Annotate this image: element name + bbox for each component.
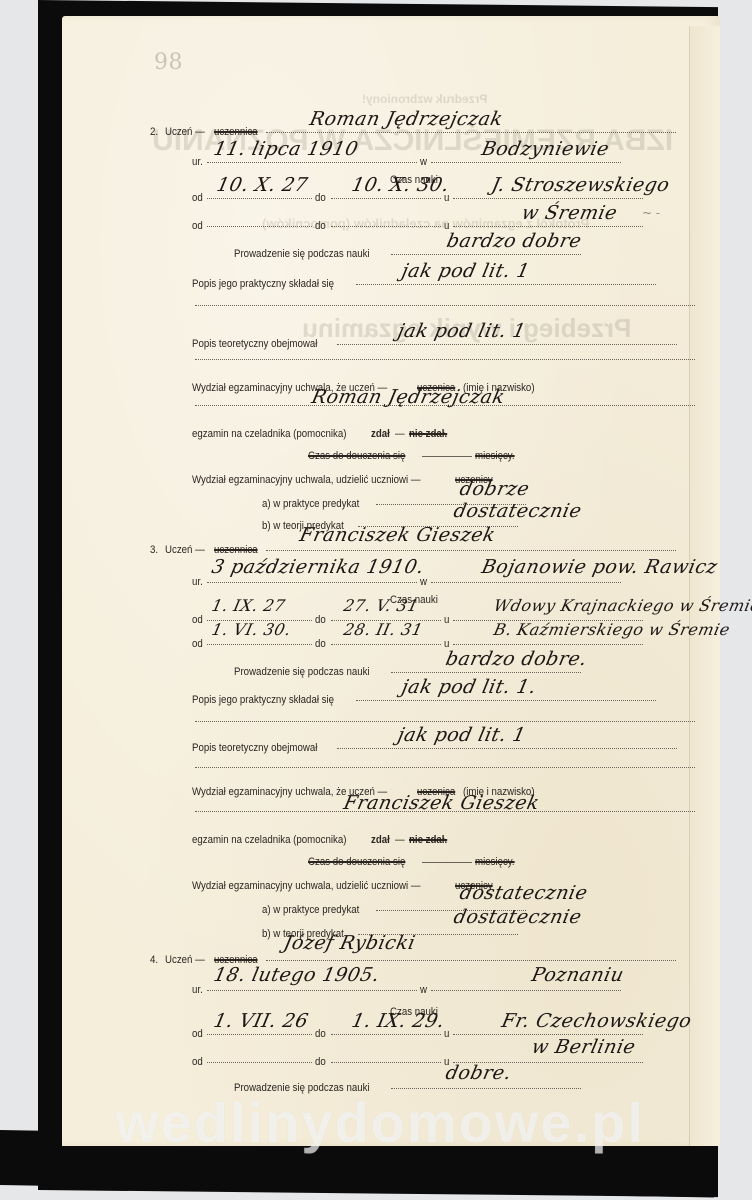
birth-date: 11. lipca 1910 (212, 138, 361, 160)
birth-date: 3 października 1910. (210, 556, 426, 578)
label-months: miesięcy. (475, 856, 515, 868)
label-from: od (192, 638, 203, 650)
label-from: od (192, 614, 203, 626)
label-extra-time: Czas do douczenia się (308, 450, 405, 462)
theoretical: jak pod lit. 1 (396, 724, 528, 746)
label-passed: zdał (371, 834, 390, 846)
label-months: miesięcy. (475, 450, 515, 462)
period-from: 1. IX. 27 (210, 596, 287, 615)
period-from: 10. X. 27 (215, 174, 310, 196)
period-at: Fr. Czechowskiego (500, 1010, 694, 1032)
label-to: do (315, 1028, 326, 1040)
conduct: bardzo dobre. (444, 648, 590, 670)
label-practical: Popis jego praktyczny składał się (192, 278, 334, 290)
label-committee-grants: Wydział egzaminacyjny uchwala, udzielić … (192, 880, 421, 892)
grade-theory: dostatecznie (452, 906, 584, 928)
label-uczen: Uczeń — (165, 544, 205, 556)
period-to: 10. X. 30. (350, 174, 452, 196)
label-exam: egzamin na czeladnika (pomocnika) (192, 834, 346, 846)
period-at-2: B. Kaźmierskiego w Śremie (492, 620, 732, 639)
birth-date: 18. lutego 1905. (212, 964, 382, 986)
label-theoretical: Popis teoretyczny obejmował (192, 742, 317, 754)
period-at-2: w Śremie (520, 202, 620, 224)
label-in: w (420, 984, 427, 996)
conduct: dobre. (444, 1062, 514, 1084)
watermark: wedlinydomowe.pl (40, 1090, 720, 1155)
label-conduct: Prowadzenie się podczas nauki (234, 666, 370, 678)
student-name: Franciszek Gieszek (298, 524, 498, 546)
birth-place: Poznaniu (530, 964, 626, 986)
period-to: 1. IX. 29. (350, 1010, 447, 1032)
period-from: 1. VII. 26 (212, 1010, 311, 1032)
label-dash: — (395, 834, 405, 846)
student-name: Józef Rybicki (282, 932, 418, 954)
grade-practice: dobrze (458, 478, 532, 500)
exam-form: 98 2. Uczeń — uczennica Roman Jędrzejcza… (62, 16, 720, 1146)
label-born: ur. (192, 156, 203, 168)
label-from: od (192, 1056, 203, 1068)
label-to: do (315, 638, 326, 650)
practical: jak pod lit. 1. (400, 676, 539, 698)
label-at: u (444, 1028, 449, 1040)
page-number: 98 (154, 50, 183, 75)
label-at: u (444, 614, 449, 626)
label-to: do (315, 614, 326, 626)
birth-place: Bojanowie pow. Rawicz (480, 556, 720, 578)
label-practical: Popis jego praktyczny składał się (192, 694, 334, 706)
label-committee-grants: Wydział egzaminacyjny uchwala, udzielić … (192, 474, 421, 486)
label-at: u (444, 220, 449, 232)
label-grade-practice: a) w praktyce predykat (262, 904, 359, 916)
practical: jak pod lit. 1 (400, 260, 532, 282)
label-extra-time: Czas do douczenia się (308, 856, 405, 868)
label-exam: egzamin na czeladnika (pomocnika) (192, 428, 346, 440)
entry-number: 2. (150, 126, 158, 138)
label-from: od (192, 1028, 203, 1040)
theoretical: jak pod lit. 1 (396, 320, 528, 342)
student-name: Roman Jędrzejczak (308, 108, 505, 130)
label-uczennica: uczennica (214, 126, 258, 138)
label-grade-practice: a) w praktyce predykat (262, 498, 359, 510)
grade-theory: dostatecznie (452, 500, 584, 522)
period-at: J. Stroszewskiego (490, 174, 672, 196)
label-to: do (315, 1056, 326, 1068)
document-page: Przebieg i wynik egzaminu IZBA RZEMIEŚLN… (62, 16, 720, 1146)
label-to: do (315, 192, 326, 204)
label-to: do (315, 220, 326, 232)
label-failed: nie zdał. (409, 428, 447, 440)
entry-number: 4. (150, 954, 158, 966)
label-from: od (192, 192, 203, 204)
entry-number: 3. (150, 544, 158, 556)
label-uczennica: uczennica (214, 544, 258, 556)
label-uczen: Uczeń — (165, 954, 205, 966)
period-to-2: 28. II. 31 (342, 620, 425, 639)
label-born: ur. (192, 576, 203, 588)
conduct: bardzo dobre (445, 230, 584, 252)
label-theoretical: Popis teoretyczny obejmował (192, 338, 317, 350)
period-from-2: 1. VI. 30. (210, 620, 293, 639)
label-in: w (420, 156, 427, 168)
label-born: ur. (192, 984, 203, 996)
label-failed: nie zdał. (409, 834, 447, 846)
label-dash: — (395, 428, 405, 440)
result-name: Roman Jędrzejczak (310, 386, 507, 408)
period-at: Wdowy Krajnackiego w Śremie (492, 596, 752, 615)
grade-practice: dostatecznie (458, 882, 590, 904)
label-conduct: Prowadzenie się podczas nauki (234, 248, 370, 260)
period-to: 27. V. 31 (342, 596, 420, 615)
birth-place: Bodzyniewie (480, 138, 612, 160)
label-uczen: Uczeń — (165, 126, 205, 138)
label-passed: zdał (371, 428, 390, 440)
label-from: od (192, 220, 203, 232)
period-at-2: w Berlinie (530, 1036, 638, 1058)
result-name: Franciszek Gieszek (342, 792, 542, 814)
